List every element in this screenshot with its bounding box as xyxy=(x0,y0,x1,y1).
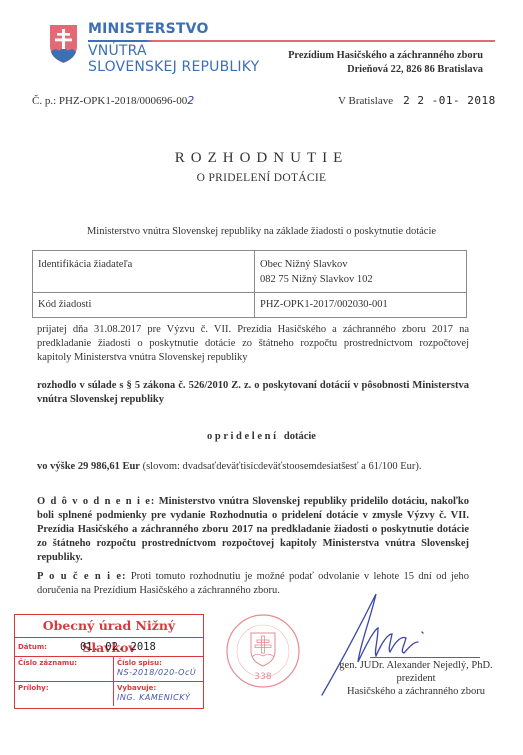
document-title: ROZHODNUTIE xyxy=(0,150,523,167)
ministry-logo: MINISTERSTVO VNÚTRA SLOVENSKEJ REPUBLIKY xyxy=(88,22,259,75)
handled-by-value: ING. KAMENICKÝ xyxy=(117,693,190,702)
table-row: Identifikácia žiadateľa Obec Nižný Slavk… xyxy=(33,251,467,293)
signature-line xyxy=(370,657,480,658)
reference-label: Č. p.: PHZ-OPK1-2018/000696-00 xyxy=(32,95,187,107)
handled-by-cell: Vybavuje: ING. KAMENICKÝ xyxy=(114,682,193,706)
signatory-block: gen. JUDr. Alexander Nejedlý, PhD. prezi… xyxy=(306,659,523,698)
registry-stamp: Obecný úrad Nižný Slavkov Dátum: 01. 02.… xyxy=(14,614,204,709)
request-code-label: Kód žiadosti xyxy=(33,293,255,318)
seal-number: 338 xyxy=(254,672,271,682)
table-row: Kód žiadosti PHZ-OPK1-2017/002030-001 xyxy=(33,293,467,318)
header-rule xyxy=(88,40,495,42)
signatory-name: gen. JUDr. Alexander Nejedlý, PhD. xyxy=(306,659,523,672)
stamped-date: 2 2 -01- 2018 xyxy=(403,94,496,107)
allocation-heading: o p r i d e l e n í dotácie xyxy=(0,431,523,442)
registry-date-label: Dátum: xyxy=(15,641,50,653)
file-number-cell: Číslo spisu: NS-2018/020-OcÚ xyxy=(114,657,199,681)
logo-line-1: MINISTERSTVO xyxy=(88,22,259,37)
applicant-table: Identifikácia žiadateľa Obec Nižný Slavk… xyxy=(32,250,467,318)
registry-date-value: 01. 02. 2018 xyxy=(80,641,156,653)
decision-paragraph: rozhodlo v súlade s § 5 zákona č. 526/20… xyxy=(37,379,469,407)
logo-line-2: VNÚTRA xyxy=(88,43,259,59)
applicant-name: Obec Nižný Slavkov xyxy=(260,257,462,272)
place-label: V Bratislave xyxy=(338,95,393,107)
justification-paragraph: O d ô v o d n e n i e: Ministerstvo vnút… xyxy=(37,495,469,565)
issuer-block: Prezídium Hasičského a záchranného zboru… xyxy=(288,49,483,77)
registry-number-row: Číslo záznamu: Číslo spisu: NS-2018/020-… xyxy=(15,657,203,682)
applicant-id-value: Obec Nižný Slavkov 082 75 Nižný Slavkov … xyxy=(255,251,467,293)
registry-office: Obecný úrad Nižný Slavkov xyxy=(15,615,203,638)
instruction-label: P o u č e n i e: xyxy=(37,571,126,582)
signatory-role: prezident xyxy=(306,672,523,685)
place-and-date: V Bratislave2 2 -01- 2018 xyxy=(338,94,496,107)
issuer-address: Drieňová 22, 826 86 Bratislava xyxy=(288,63,483,77)
attachments-label: Prílohy: xyxy=(15,682,114,706)
justification-label: O d ô v o d n e n i e: xyxy=(37,496,155,507)
amount-value: vo výške 29 986,61 Eur xyxy=(37,461,140,472)
file-number-value: NS-2018/020-OcÚ xyxy=(117,668,196,677)
handled-by-label: Vybavuje: xyxy=(117,684,156,692)
allocation-word: dotácie xyxy=(284,431,316,442)
intro-text: Ministerstvo vnútra Slovenskej republiky… xyxy=(0,226,523,237)
registry-number-label: Číslo záznamu: xyxy=(15,657,114,681)
amount-in-words: (slovom: dvadsaťdeväťtisícdeväťstoosemde… xyxy=(140,461,422,472)
reference-handwritten-suffix: 2 xyxy=(187,94,194,107)
allocation-spaced: o p r i d e l e n í xyxy=(207,431,276,442)
coat-of-arms-icon xyxy=(49,24,78,64)
request-code-value: PHZ-OPK1-2017/002030-001 xyxy=(255,293,467,318)
registry-attachments-row: Prílohy: Vybavuje: ING. KAMENICKÝ xyxy=(15,682,203,706)
official-seal-icon: 338 xyxy=(225,613,301,689)
issuer-name: Prezídium Hasičského a záchranného zboru xyxy=(288,49,483,63)
amount-paragraph: vo výške 29 986,61 Eur (slovom: dvadsaťd… xyxy=(37,460,469,474)
reference-number: Č. p.: PHZ-OPK1-2018/000696-002 xyxy=(32,94,194,107)
applicant-id-label: Identifikácia žiadateľa xyxy=(33,251,255,293)
logo-line-3: SLOVENSKEJ REPUBLIKY xyxy=(88,59,259,75)
received-paragraph: prijatej dňa 31.08.2017 pre Výzvu č. VII… xyxy=(37,323,469,365)
file-number-label: Číslo spisu: xyxy=(117,659,162,667)
signatory-organization: Hasičského a záchranného zboru xyxy=(306,685,523,698)
document-subtitle: O PRIDELENÍ DOTÁCIE xyxy=(0,172,523,184)
applicant-address: 082 75 Nižný Slavkov 102 xyxy=(260,272,462,287)
